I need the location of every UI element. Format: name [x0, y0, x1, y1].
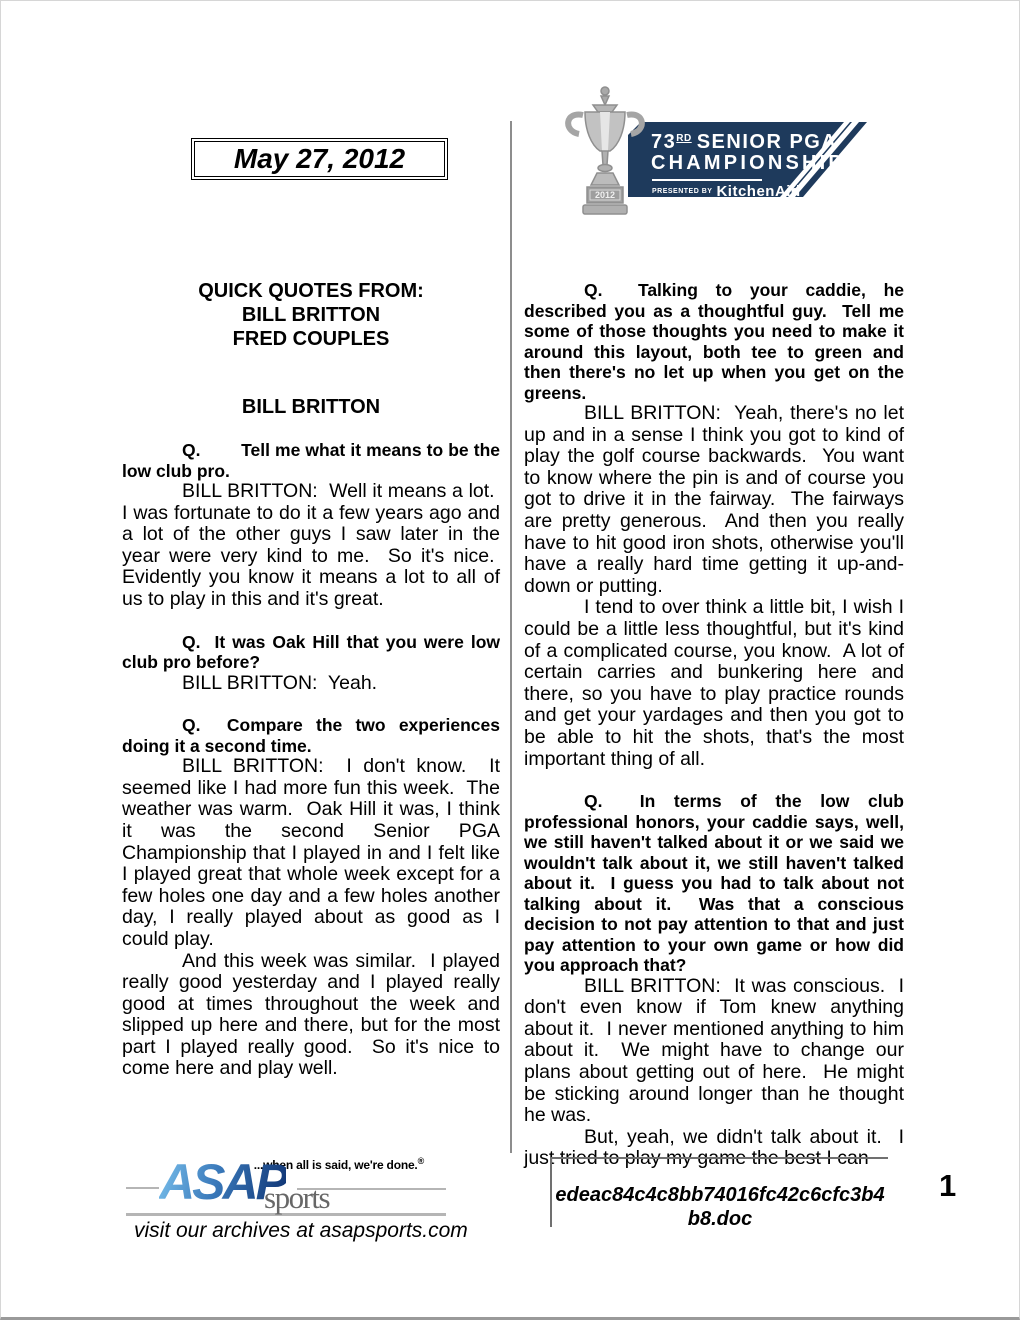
right-column-paragraphs: Q. Talking to your caddie, he described … — [524, 280, 904, 1170]
question-paragraph: Q. Compare the two experiences doing it … — [122, 715, 500, 756]
question-paragraph: Q. It was Oak Hill that you were low clu… — [122, 632, 500, 673]
right-column: Q. Talking to your caddie, he described … — [524, 259, 904, 1170]
banner-divider-line — [652, 179, 762, 181]
registered-mark: ® — [418, 1156, 424, 1166]
left-column-paragraphs: Q. Tell me what it means to be the low c… — [122, 440, 500, 1080]
championship-banner: 73RDSENIOR PGA CHAMPIONSHIP PRESENTED BY… — [628, 122, 868, 197]
answer-paragraph: And this week was similar. I played real… — [122, 951, 500, 1081]
doc-name-line1: edeac84c4c8bb74016fc42c6cfc3b4 — [552, 1183, 888, 1207]
presented-by-label: PRESENTED BY — [652, 188, 712, 195]
section-heading: BILL BRITTON — [122, 395, 500, 419]
document-page: May 27, 2012 73RDSENIOR PGA CHAMPIONSHIP… — [0, 0, 1020, 1320]
banner-ordinal: RD — [676, 133, 691, 144]
question-paragraph: Q. Tell me what it means to be the low c… — [122, 440, 500, 481]
doc-name-box: edeac84c4c8bb74016fc42c6cfc3b4 b8.doc — [550, 1157, 888, 1227]
banner-title-line1: 73RDSENIOR PGA — [651, 131, 837, 154]
banner-title-line2: CHAMPIONSHIP — [651, 152, 845, 175]
banner-73: 73 — [651, 131, 676, 153]
doc-name-line2: b8.doc — [552, 1207, 888, 1231]
page-number: 1 — [939, 1168, 956, 1204]
question-paragraph: Q. In terms of the low club professional… — [524, 791, 904, 976]
date-box: May 27, 2012 — [191, 138, 448, 180]
kitchenaid-logo: KitchenAid — [712, 183, 800, 200]
banner-presented-by: PRESENTED BYKitchenAid — [652, 183, 801, 201]
answer-paragraph: BILL BRITTON: Yeah. — [122, 673, 500, 695]
answer-paragraph: BILL BRITTON: Yeah, there's no let up an… — [524, 403, 904, 597]
question-paragraph: Q. Talking to your caddie, he described … — [524, 280, 904, 403]
left-column: QUICK QUOTES FROM: BILL BRITTON FRED COU… — [122, 279, 500, 1080]
column-divider — [510, 121, 512, 1153]
quick-quotes-title-line2: BILL BRITTON — [122, 303, 500, 327]
logo-rule-left — [126, 1187, 159, 1189]
trophy-icon: 2012 — [557, 85, 653, 225]
asap-sports-label: sports — [264, 1182, 329, 1213]
trophy-year-label: 2012 — [595, 190, 615, 200]
archives-note: visit our archives at asapsports.com — [134, 1219, 468, 1243]
answer-paragraph: BILL BRITTON: Well it means a lot. I was… — [122, 481, 500, 611]
answer-paragraph: I tend to over think a little bit, I wis… — [524, 597, 904, 770]
banner-senior-pga: SENIOR PGA — [692, 131, 838, 153]
date-box-inner: May 27, 2012 — [194, 141, 445, 177]
quick-quotes-title-line1: QUICK QUOTES FROM: — [122, 279, 500, 303]
answer-paragraph: BILL BRITTON: It was conscious. I don't … — [524, 976, 904, 1127]
quick-quotes-title-line3: FRED COUPLES — [122, 327, 500, 351]
date-text: May 27, 2012 — [234, 143, 405, 175]
answer-paragraph: BILL BRITTON: I don't know. It seemed li… — [122, 756, 500, 950]
